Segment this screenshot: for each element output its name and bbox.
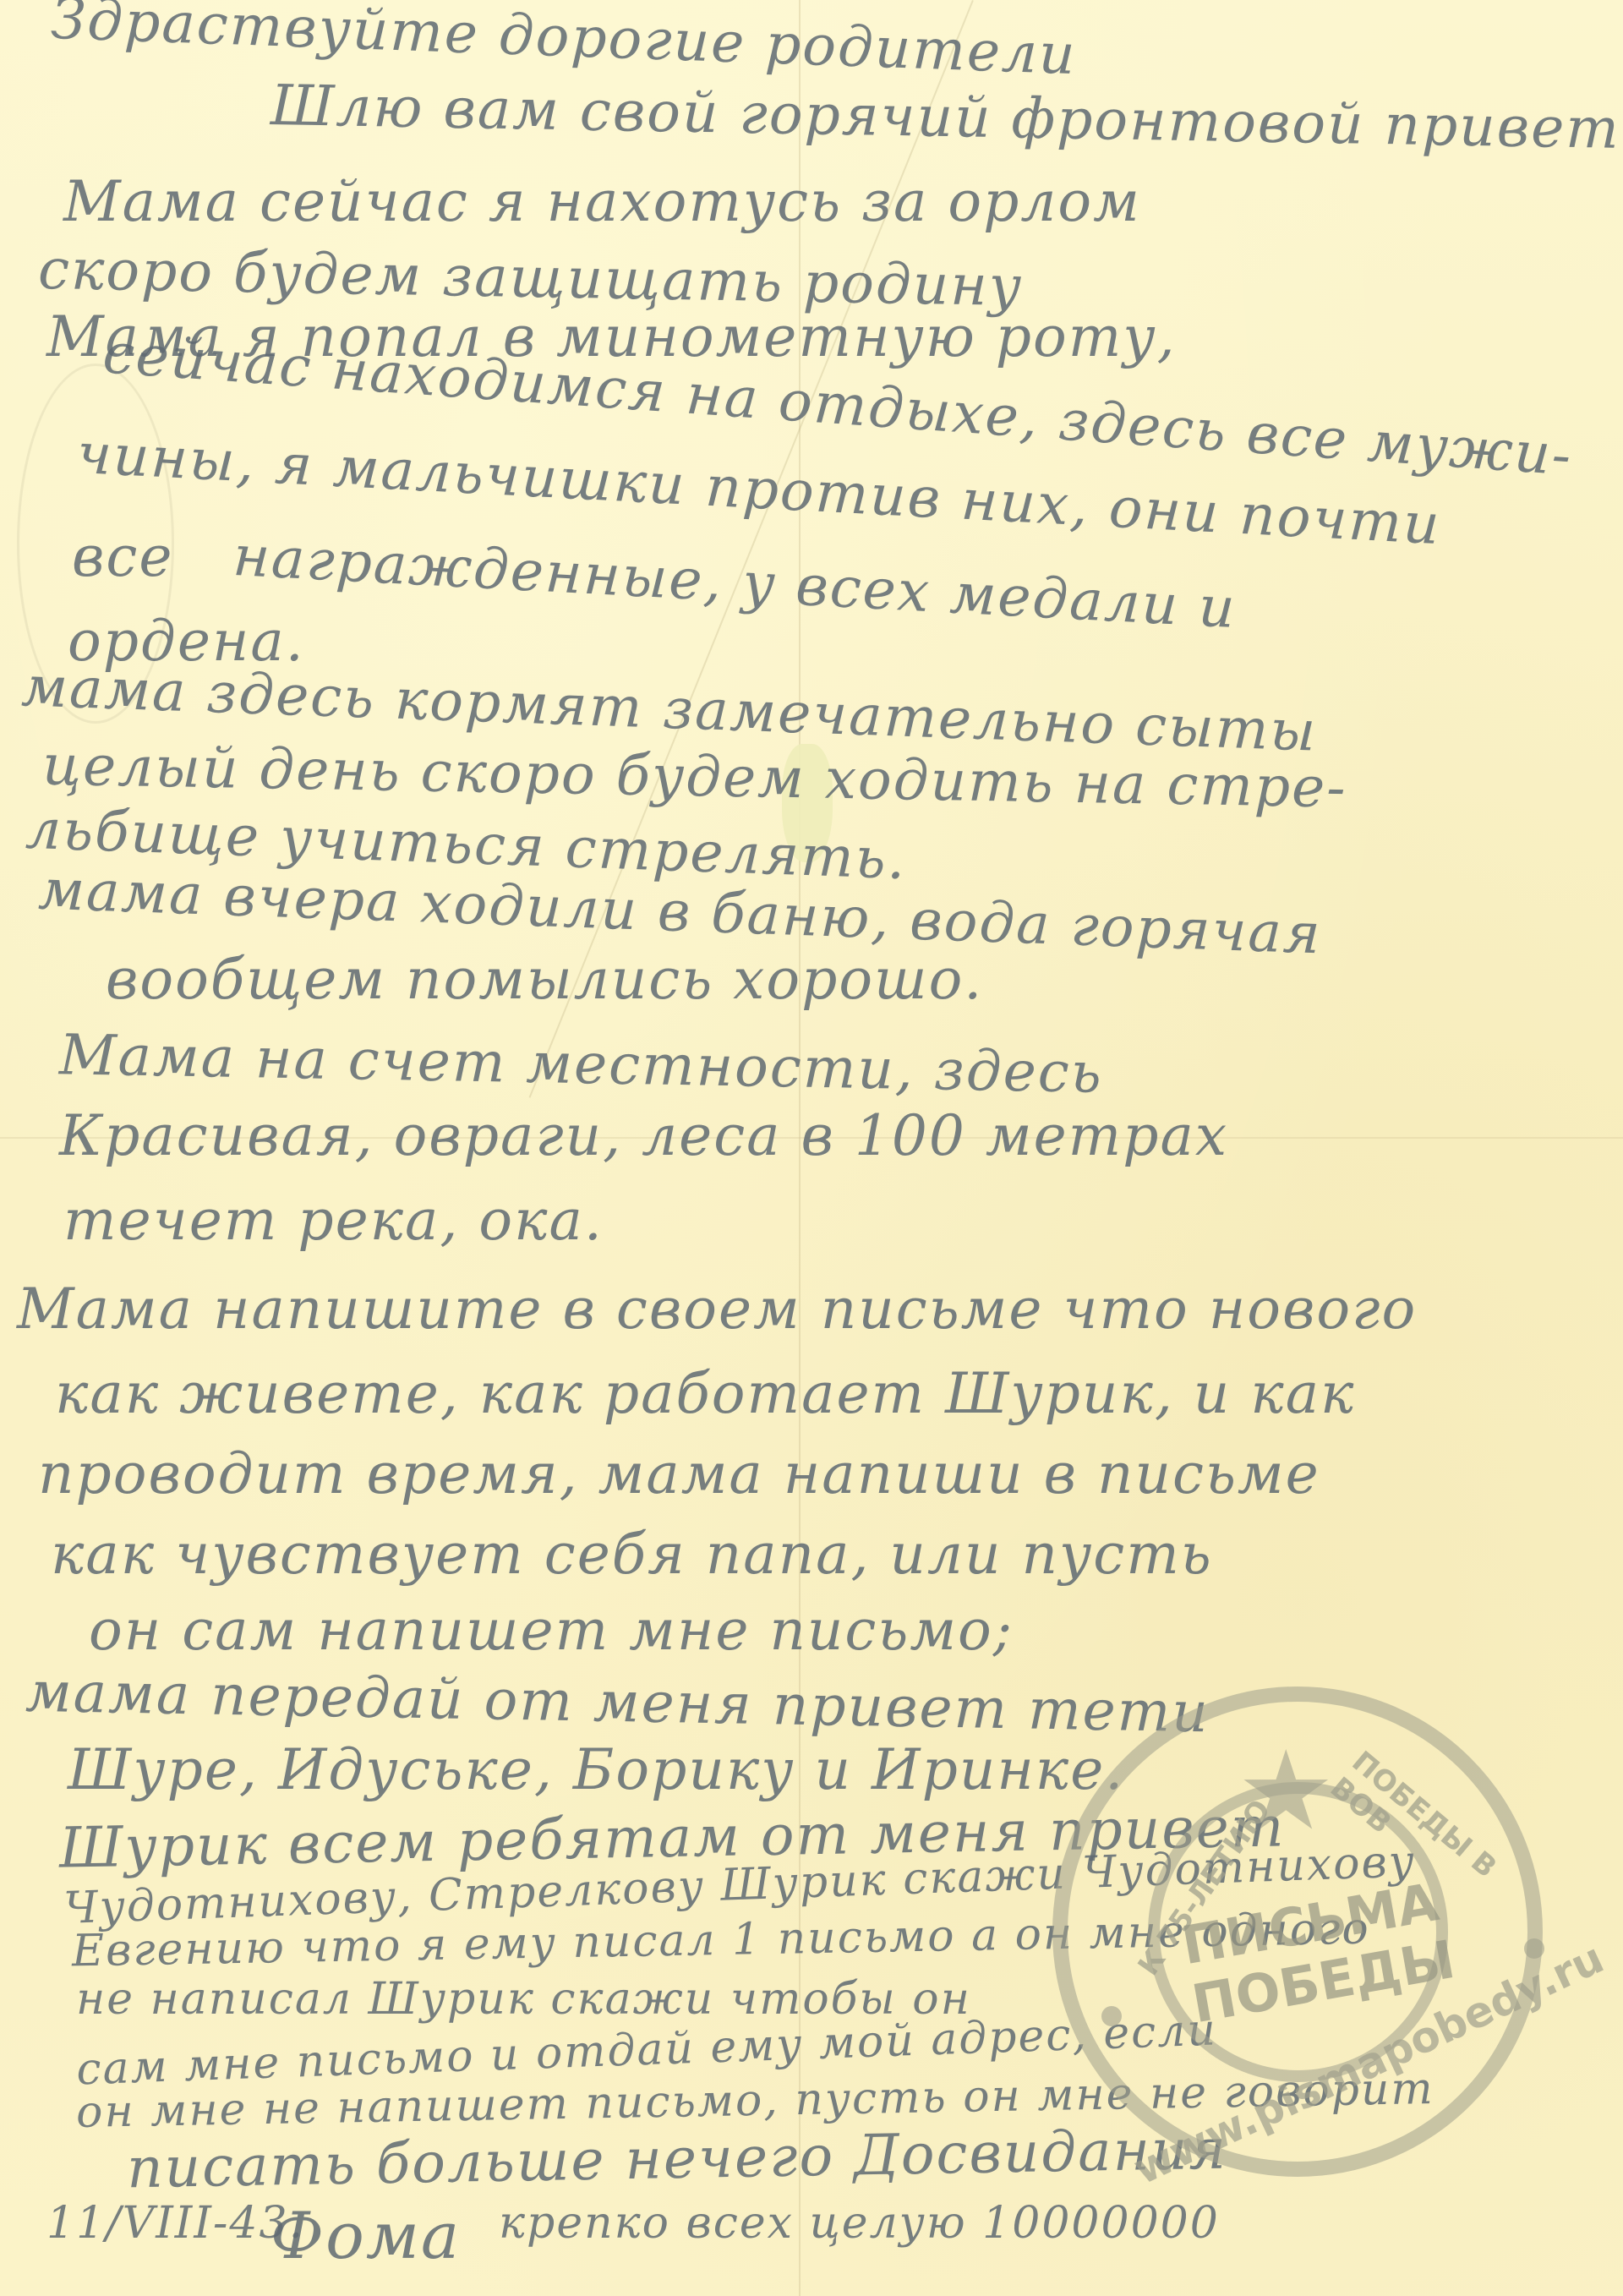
letter-line: Мама напишите в своем письме что нового [17, 1276, 1417, 1342]
letter-line: мама передай от меня привет тети [25, 1659, 1210, 1745]
letter-line: крепко всех целую 10000000 [499, 2198, 1220, 2249]
archive-stamp: ★ К 75-ЛЕТИЮ ПОБЕДЫ В ВОВ ПИСЬМА ПОБЕДЫ … [1052, 1686, 1543, 2177]
letter-line: не написал Шурик скажи чтобы он [76, 1974, 971, 2025]
letter-line: проводит время, мама напиши в письме [38, 1441, 1320, 1506]
letter-line: Красивая, овраги, леса в 100 метрах [59, 1103, 1228, 1168]
letter-line: вообщем помылись хорошо. [106, 947, 983, 1012]
stamp-dot [1524, 1938, 1544, 1959]
letter-line: Здраствуйте дорогие родители [50, 0, 1078, 87]
letter-date: 11/VIII-43. [46, 2198, 304, 2249]
letter-line: Шуре, Идуське, Борику и Иринке. [68, 1737, 1124, 1802]
letter-line: награжденные, у всех медали и [232, 523, 1238, 641]
letter-line: Мама на счет местности, здесь [58, 1022, 1103, 1106]
letter-line: Мама сейчас я нахотусь за орлом [63, 169, 1141, 234]
letter-line: он сам напишет мне письмо; [89, 1598, 1014, 1663]
stamp-dot [1101, 2006, 1122, 2026]
letter-signature: Фома [270, 2198, 461, 2273]
letter-line: Шлю вам свой горячий фронтовой привет [270, 73, 1620, 161]
letter-line: как живете, как работает Шурик, и как [55, 1361, 1355, 1426]
letter-line: как чувствует себя папа, или пусть [51, 1522, 1213, 1587]
letter-line: все [72, 524, 173, 589]
letter-paper: Здраствуйте дорогие родители Шлю вам сво… [0, 0, 1623, 2296]
letter-line: течет река, ока. [63, 1188, 604, 1253]
